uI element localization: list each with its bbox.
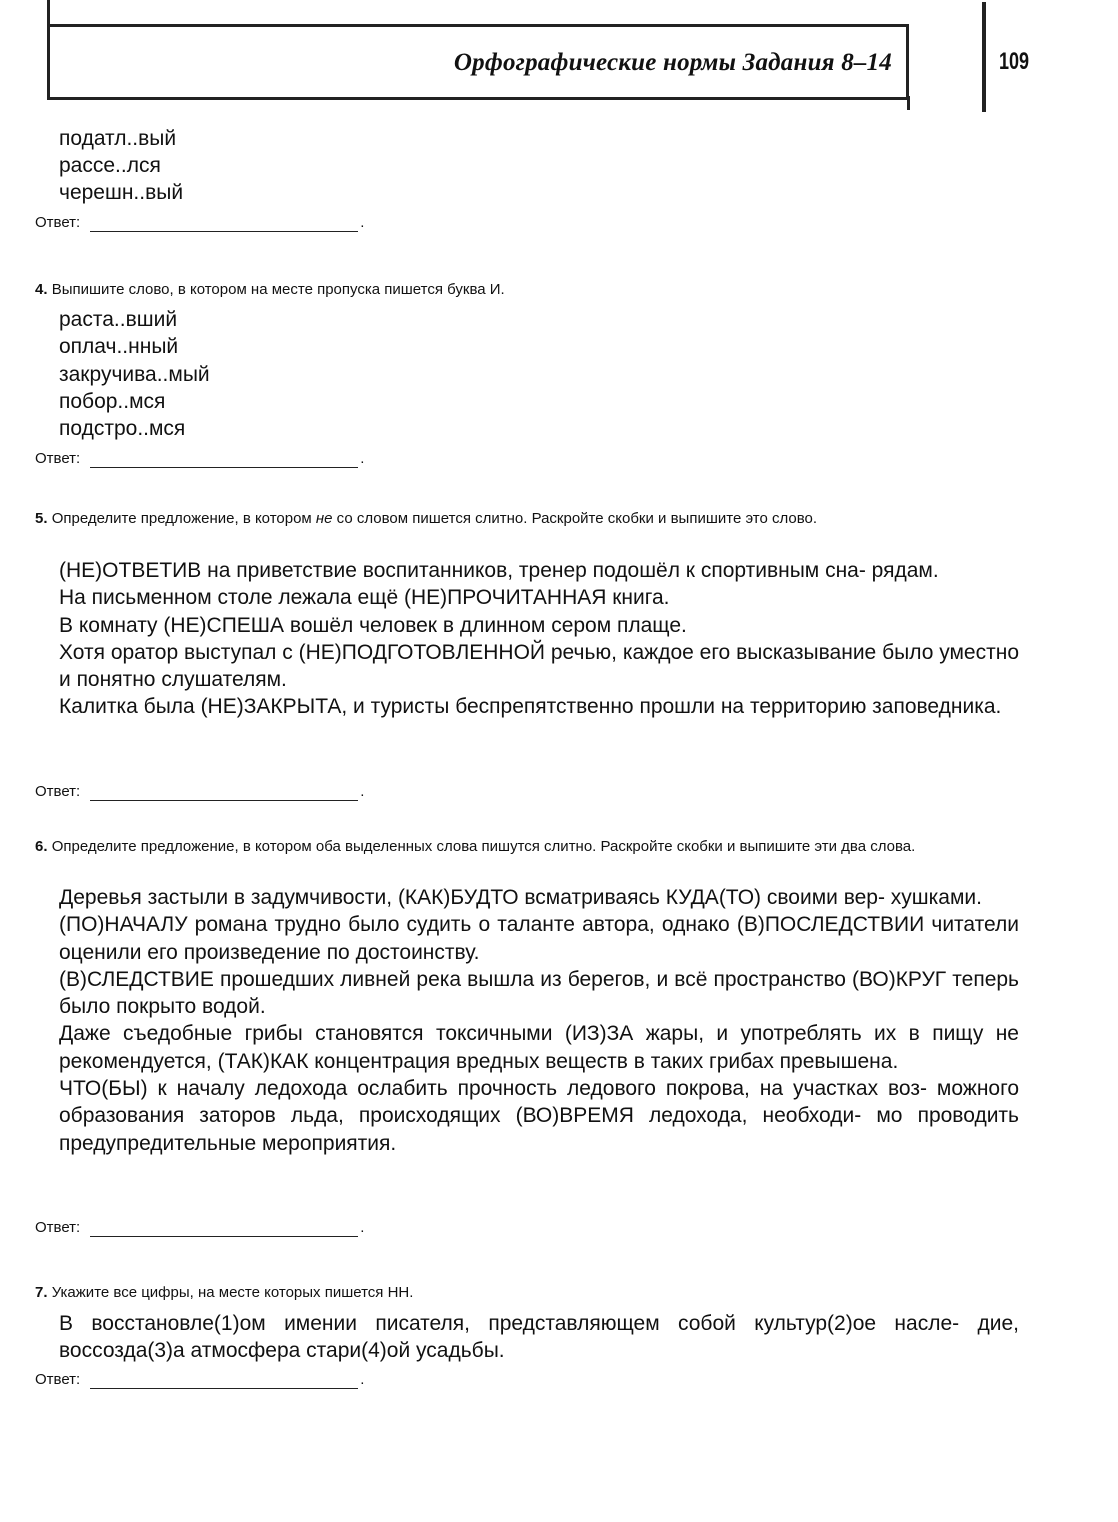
task-6-prompt: 6. Определите предложение, в котором оба… (35, 836, 1020, 857)
task-prompt: со словом пишется слитно. Раскройте скоб… (333, 510, 818, 527)
task-number: 4. (35, 281, 48, 298)
option-word: рассе..лся (59, 152, 161, 179)
answer-field[interactable] (90, 1374, 358, 1389)
answer-field[interactable] (90, 217, 358, 232)
task-6-sentences: Деревья застыли в задумчивости, (КАК)БУД… (59, 884, 1019, 1157)
task-5-prompt: 5. Определите предложение, в котором не … (35, 508, 1020, 529)
answer-field[interactable] (90, 453, 358, 468)
sentence: ЧТО(БЫ) к началу ледохода ослабить прочн… (59, 1075, 1019, 1157)
task-prompt: Определите предложение, в котором оба вы… (52, 838, 916, 855)
task-7-text: В восстановле(1)ом имении писателя, пред… (59, 1310, 1019, 1365)
sentence: (ПО)НАЧАЛУ романа трудно было судить о т… (59, 911, 1019, 966)
sentence: В восстановле(1)ом имении писателя, пред… (59, 1310, 1019, 1365)
sentence: Даже съедобные грибы становятся токсичны… (59, 1020, 1019, 1075)
answer-row: Ответ: . (35, 783, 364, 801)
sentence: В комнату (НЕ)СПЕША вошёл человек в длин… (59, 612, 1019, 639)
answer-row: Ответ: . (35, 214, 364, 232)
answer-label: Ответ: (35, 1219, 80, 1237)
sentence: Хотя оратор выступал с (НЕ)ПОДГОТОВЛЕННО… (59, 639, 1019, 694)
header-right-stub (907, 96, 910, 110)
option-word: черешн..вый (59, 179, 183, 206)
answer-label: Ответ: (35, 450, 80, 468)
page-number-rule (982, 2, 986, 112)
answer-label: Ответ: (35, 214, 80, 232)
option-word: оплач..нный (59, 333, 178, 360)
task-number: 6. (35, 838, 48, 855)
task-prompt-emphasis: не (316, 510, 333, 527)
answer-field[interactable] (90, 786, 358, 801)
answer-label: Ответ: (35, 1371, 80, 1389)
task-prompt: Выпишите слово, в котором на месте пропу… (52, 281, 505, 298)
option-word: побор..мся (59, 388, 165, 415)
task-5-sentences: (НЕ)ОТВЕТИВ на приветствие воспитанников… (59, 557, 1019, 721)
option-word: податл..вый (59, 125, 176, 152)
page-number: 109 (999, 48, 1029, 76)
option-word: закручива..мый (59, 361, 210, 388)
running-header: Орфографические нормы Задания 8–14 (47, 24, 909, 100)
option-word: раста..вший (59, 306, 177, 333)
option-word: подстро..мся (59, 415, 185, 442)
task-prompt: Определите предложение, в котором (52, 510, 316, 527)
sentence: (В)СЛЕДСТВИЕ прошедших ливней река вышла… (59, 966, 1019, 1021)
answer-field[interactable] (90, 1222, 358, 1237)
task-number: 5. (35, 510, 48, 527)
answer-label: Ответ: (35, 783, 80, 801)
task-7-prompt: 7. Укажите все цифры, на месте которых п… (35, 1282, 1020, 1303)
answer-row: Ответ: . (35, 450, 364, 468)
sentence: Калитка была (НЕ)ЗАКРЫТА, и туристы бесп… (59, 693, 1019, 720)
section-title: Орфографические нормы Задания 8–14 (454, 49, 892, 77)
sentence: (НЕ)ОТВЕТИВ на приветствие воспитанников… (59, 557, 1019, 584)
sentence: На письменном столе лежала ещё (НЕ)ПРОЧИ… (59, 584, 1019, 611)
answer-row: Ответ: . (35, 1219, 364, 1237)
sentence: Деревья застыли в задумчивости, (КАК)БУД… (59, 884, 1019, 911)
task-prompt: Укажите все цифры, на месте которых пише… (52, 1284, 414, 1301)
task-number: 7. (35, 1284, 48, 1301)
answer-row: Ответ: . (35, 1371, 364, 1389)
task-4-prompt: 4. Выпишите слово, в котором на месте пр… (35, 279, 1020, 300)
